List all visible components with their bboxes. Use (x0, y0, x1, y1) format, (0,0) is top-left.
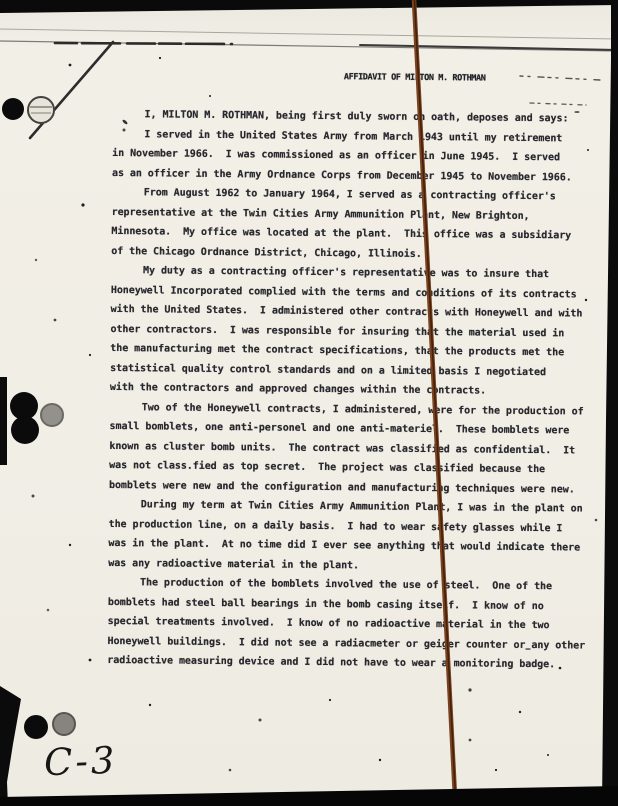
punch-hole-top (2, 98, 24, 120)
gray-punch-hole-middle (41, 404, 63, 426)
vertical-scratch-line (414, 0, 456, 797)
punch-hole-bottom (24, 715, 48, 739)
hole-reinforcement-top (28, 97, 54, 123)
punch-hole-middle (0, 377, 39, 465)
bottom-edge-bar (0, 786, 618, 806)
right-edge-bar (602, 0, 618, 806)
photocopy-speckles (32, 57, 598, 771)
photocopy-artifacts-overlay (0, 0, 618, 806)
left-bottom-edge-shadow (0, 686, 21, 806)
gray-punch-hole-bottom (53, 713, 75, 735)
top-edge-bar (0, 0, 618, 13)
